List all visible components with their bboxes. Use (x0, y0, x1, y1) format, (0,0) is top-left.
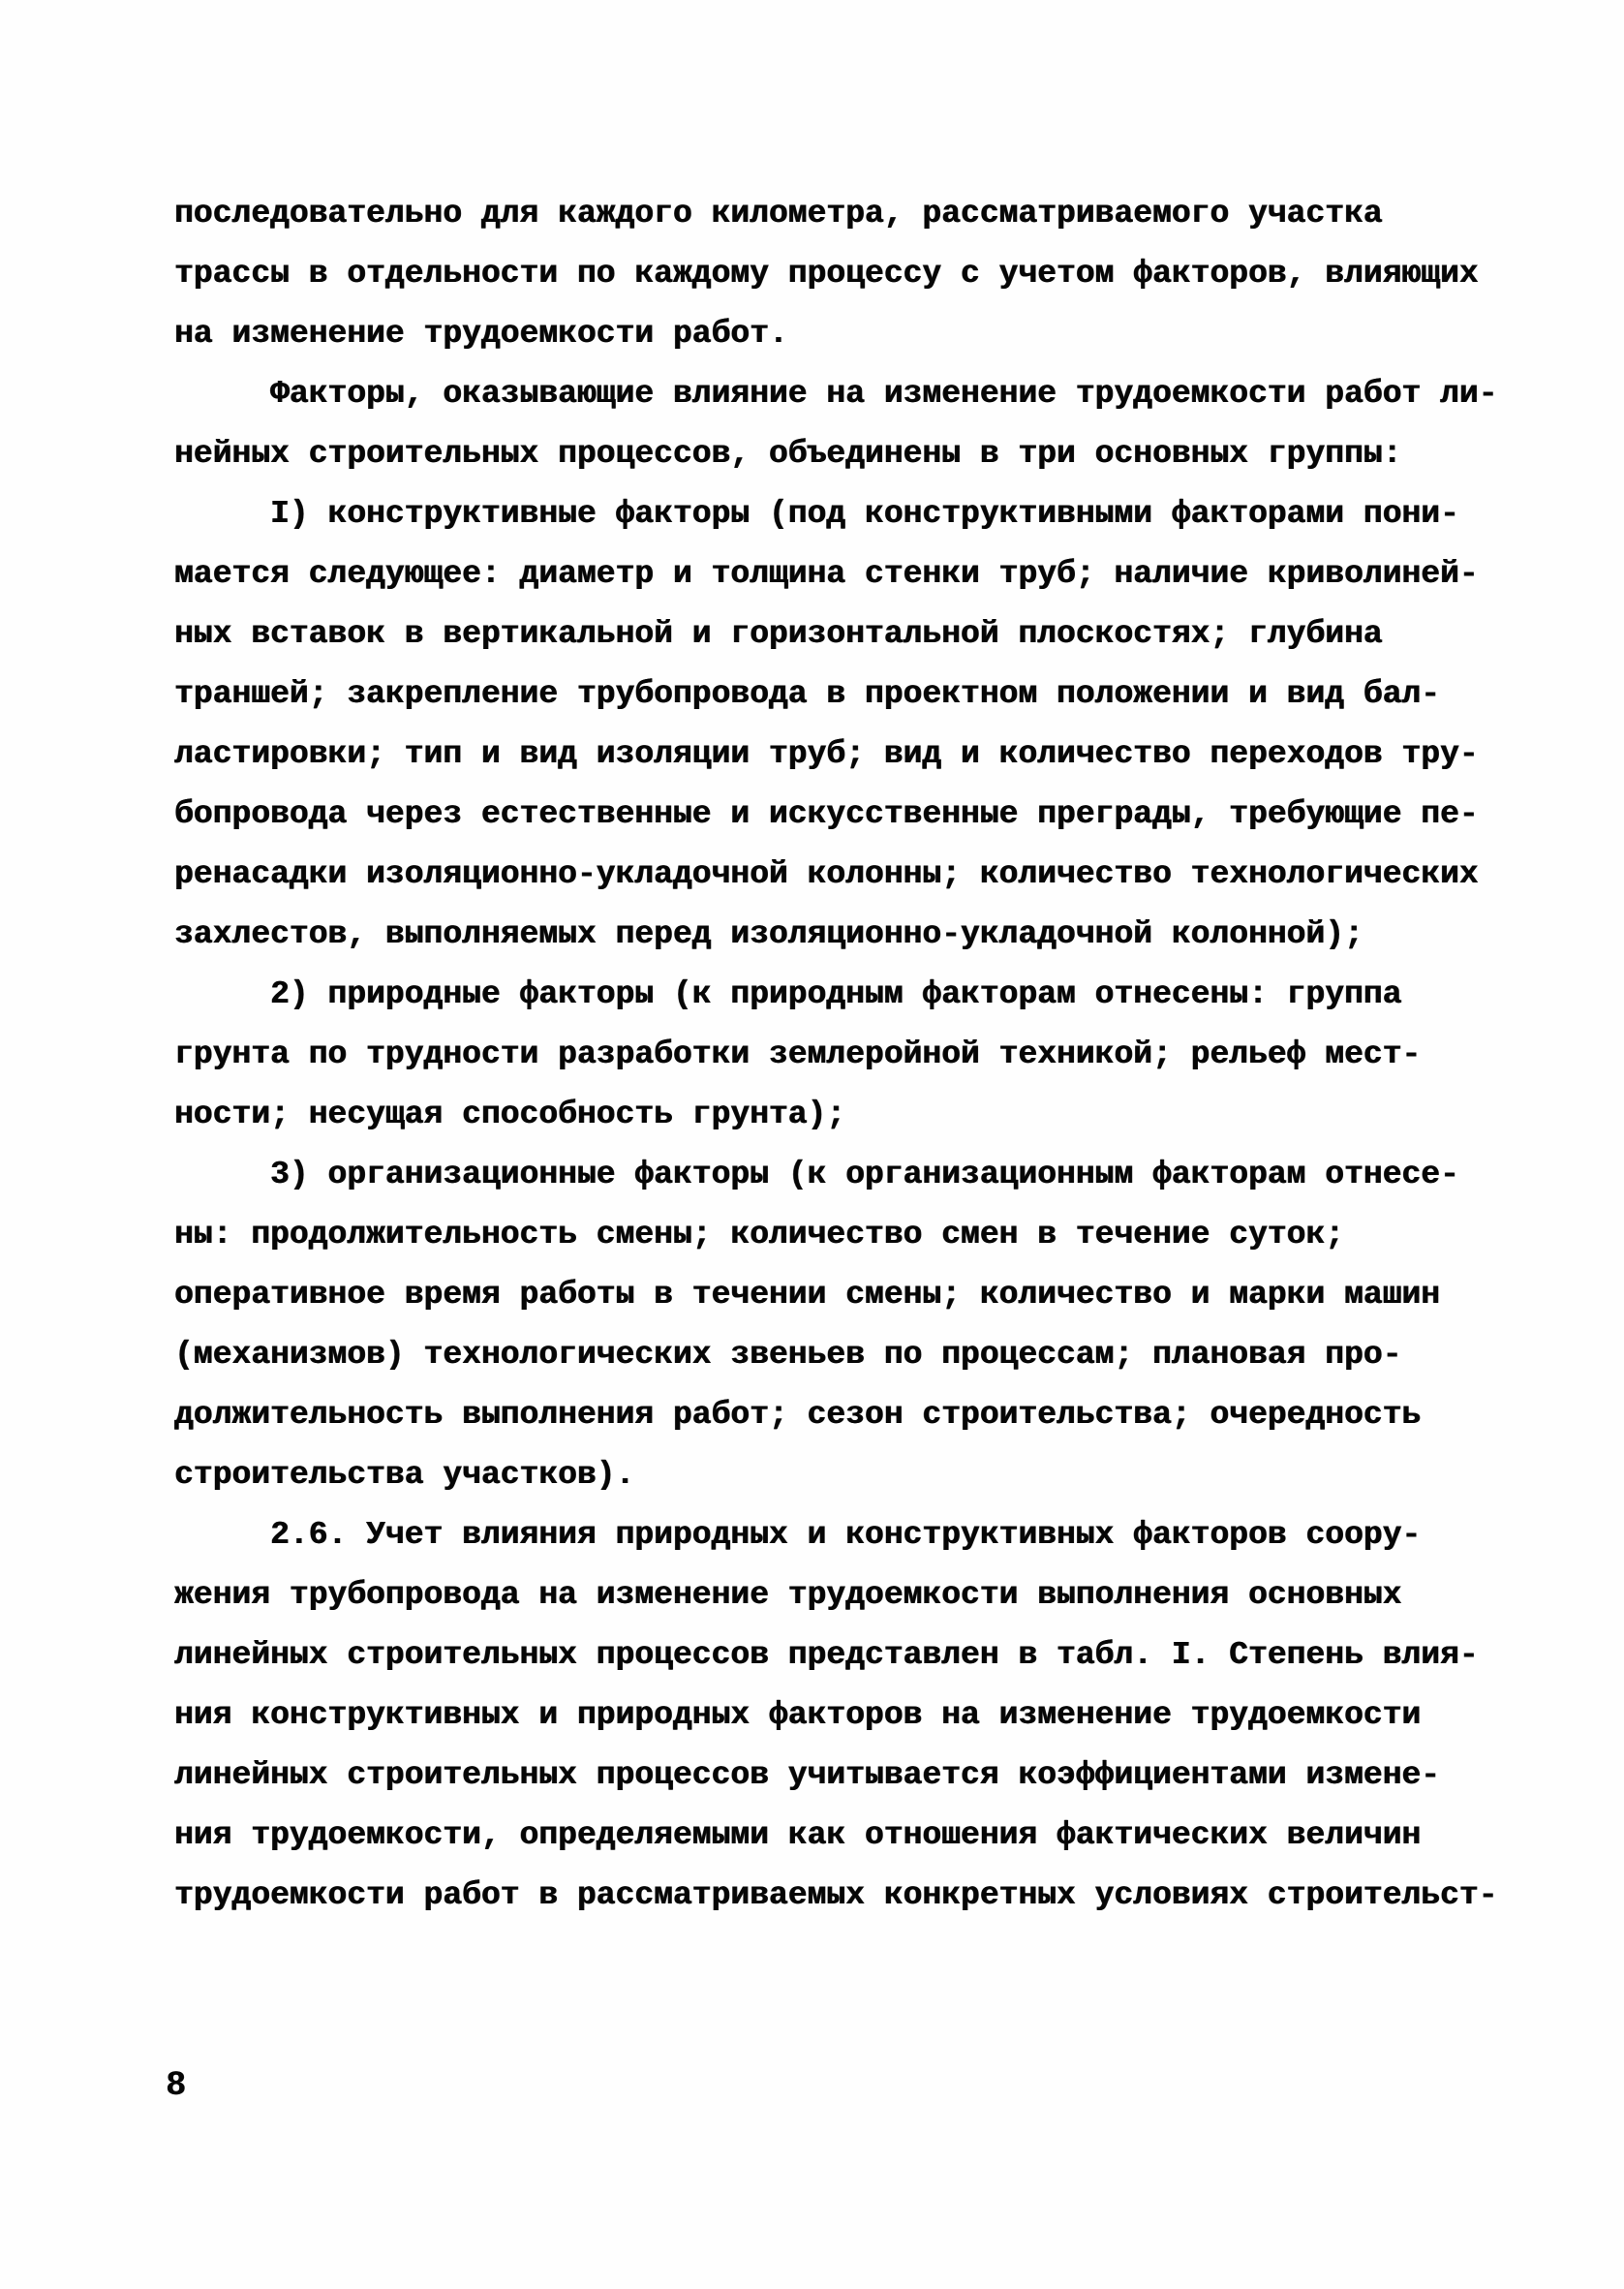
text-line: линейных строительных процессов учитывае… (174, 1746, 1497, 1806)
text-line: последовательно для каждого километра, р… (174, 184, 1497, 244)
scanned-document: { "document": { "page_number": "8", "bod… (0, 0, 1624, 2289)
text-line: захлестов, выполняемых перед изоляционно… (174, 905, 1497, 965)
text-line: трудоемкости работ в рассматриваемых кон… (174, 1866, 1497, 1926)
text-line: должительность выполнения работ; сезон с… (174, 1385, 1497, 1445)
text-line: грунта по трудности разработки землеройн… (174, 1025, 1497, 1085)
document-text: последовательно для каждого километра, р… (174, 184, 1497, 1926)
text-line: (механизмов) технологических звеньев по … (174, 1325, 1497, 1385)
text-line: 2) природные факторы (к природным фактор… (174, 965, 1497, 1025)
text-line: оперативное время работы в течении смены… (174, 1265, 1497, 1325)
text-line: мается следующее: диаметр и толщина стен… (174, 544, 1497, 604)
text-line: ны: продолжительность смены; количество … (174, 1205, 1497, 1265)
text-line: ности; несущая способность грунта); (174, 1085, 1497, 1145)
text-line: строительства участков). (174, 1445, 1497, 1505)
text-line: ных вставок в вертикальной и горизонталь… (174, 604, 1497, 665)
text-line: ластировки; тип и вид изоляции труб; вид… (174, 725, 1497, 785)
text-line: на изменение трудоемкости работ. (174, 304, 1497, 364)
text-line: траншей; закрепление трубопровода в прое… (174, 665, 1497, 725)
text-line: I) конструктивные факторы (под конструкт… (174, 484, 1497, 544)
text-line: бопровода через естественные и искусстве… (174, 785, 1497, 845)
text-line: Факторы, оказывающие влияние на изменени… (174, 364, 1497, 424)
text-line: 2.6. Учет влияния природных и конструкти… (174, 1505, 1497, 1565)
text-line: нейных строительных процессов, объединен… (174, 424, 1497, 484)
text-line: ния конструктивных и природных факторов … (174, 1686, 1497, 1746)
text-line: 3) организационные факторы (к организаци… (174, 1145, 1497, 1205)
text-line: ния трудоемкости, определяемыми как отно… (174, 1806, 1497, 1866)
text-line: ренасадки изоляционно-укладочной колонны… (174, 845, 1497, 905)
text-line: жения трубопровода на изменение трудоемк… (174, 1565, 1497, 1625)
text-line: линейных строительных процессов представ… (174, 1625, 1497, 1686)
document-page: последовательно для каждого километра, р… (0, 0, 1624, 2289)
page-number: 8 (166, 2056, 186, 2116)
text-line: трассы в отдельности по каждому процессу… (174, 244, 1497, 304)
